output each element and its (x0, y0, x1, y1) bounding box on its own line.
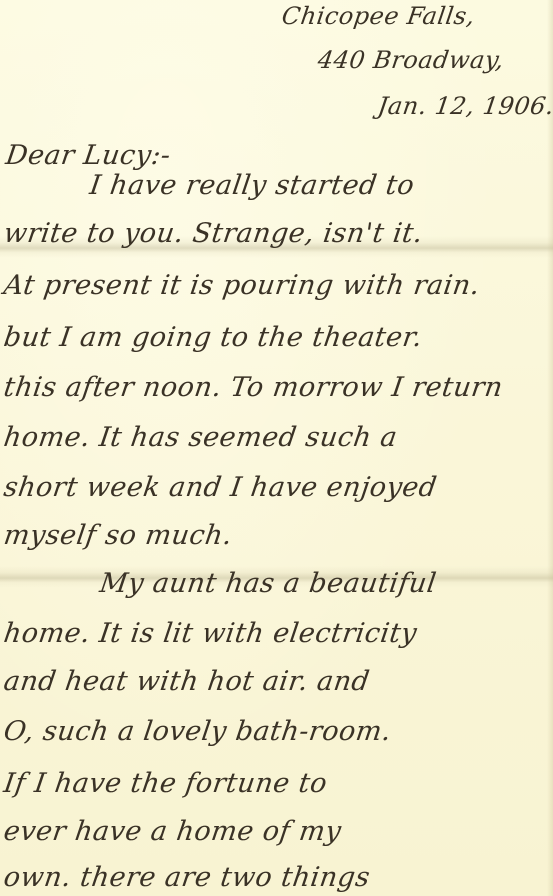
letter-line: At present it is pouring with rain. (2, 270, 482, 301)
letter-line: but I am going to the theater. (2, 322, 425, 353)
letter-line: home. It is lit with electricity (2, 618, 419, 649)
header-place: Chicopee Falls, (280, 2, 477, 30)
letter-line: write to you. Strange, isn't it. (2, 218, 425, 249)
letter-line: myself so much. (2, 520, 235, 551)
letter-line: home. It has seemed such a (2, 422, 399, 453)
letter-line: own. there are two things (2, 862, 372, 893)
header-date: Jan. 12, 1906. (376, 92, 553, 120)
letter-line: ever have a home of my (2, 816, 344, 847)
letter-line: If I have the fortune to (2, 768, 329, 799)
letter-line: short week and I have enjoyed (2, 472, 439, 503)
letter-line: My aunt has a beautiful (98, 568, 439, 599)
letter-line: I have really started to (88, 170, 417, 201)
letter-line: this after noon. To morrow I return (2, 372, 505, 403)
header-address: 440 Broadway, (316, 46, 506, 74)
letter-line: O, such a lovely bath-room. (2, 716, 394, 747)
letter-page: Chicopee Falls, 440 Broadway, Jan. 12, 1… (0, 0, 553, 896)
salutation: Dear Lucy:- (4, 140, 173, 171)
letter-line: and heat with hot air. and (2, 666, 372, 697)
paper-edge (547, 0, 553, 896)
